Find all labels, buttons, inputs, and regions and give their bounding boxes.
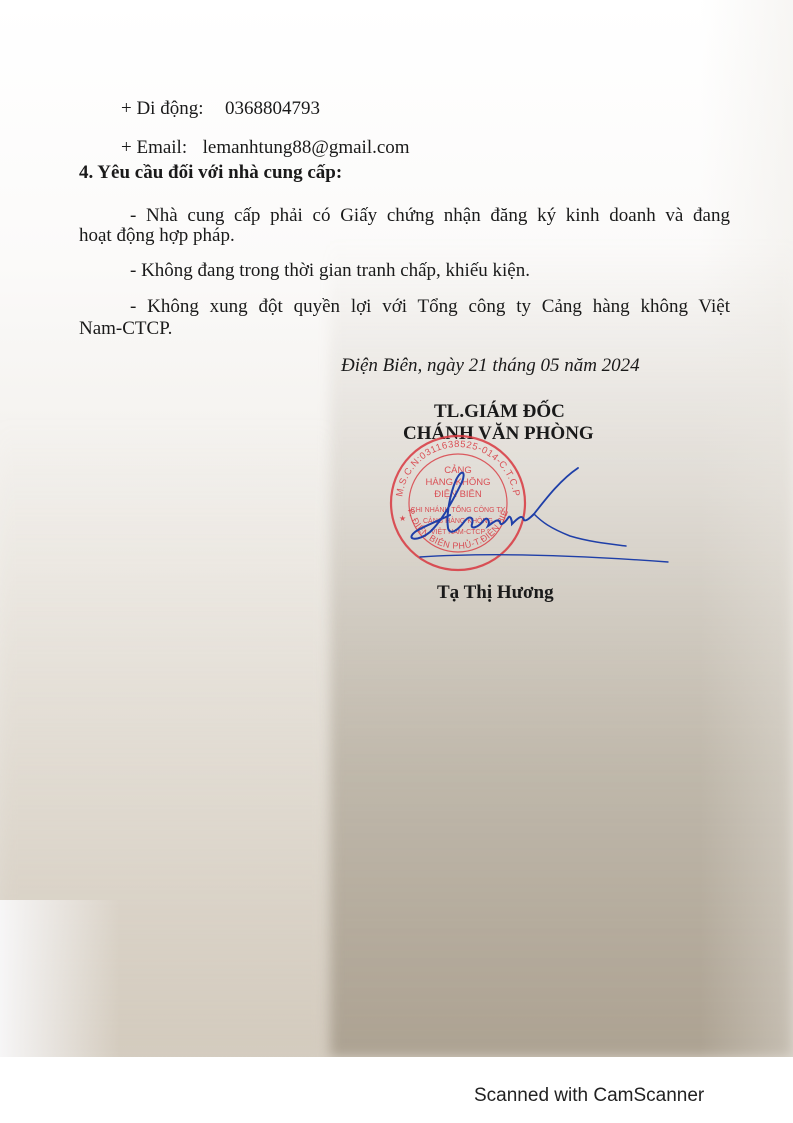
requirement-1-line-2: hoạt động hợp pháp. (79, 225, 235, 247)
email-label: + Email: (121, 137, 187, 158)
mobile-value: 0368804793 (225, 98, 320, 119)
requirement-3-line-2: Nam-CTCP. (79, 318, 172, 340)
paper-highlight (0, 900, 120, 1057)
signer-name: Tạ Thị Hương (437, 582, 554, 604)
place-date: Điện Biên, ngày 21 tháng 05 năm 2024 (341, 355, 640, 377)
requirement-1-line-1: - Nhà cung cấp phải có Giấy chứng nhận đ… (130, 205, 730, 227)
scanner-watermark: Scanned with CamScanner (474, 1085, 704, 1107)
paper-edge-shade (700, 0, 793, 1057)
requirement-2: - Không đang trong thời gian tranh chấp,… (130, 260, 530, 282)
handwritten-signature (400, 460, 680, 580)
section-heading: 4. Yêu cầu đối với nhà cung cấp: (79, 162, 342, 184)
signer-title-line-1: TL.GIÁM ĐỐC (434, 401, 565, 423)
email-line: + Email: lemanhtung88@gmail.com (121, 137, 410, 159)
scanned-page: + Di động: 0368804793 + Email: lemanhtun… (0, 0, 793, 1057)
email-value: lemanhtung88@gmail.com (203, 137, 410, 158)
mobile-label: + Di động: (121, 98, 204, 119)
mobile-line: + Di động: 0368804793 (121, 98, 320, 120)
requirement-3-line-1: - Không xung đột quyền lợi với Tổng công… (130, 296, 730, 318)
